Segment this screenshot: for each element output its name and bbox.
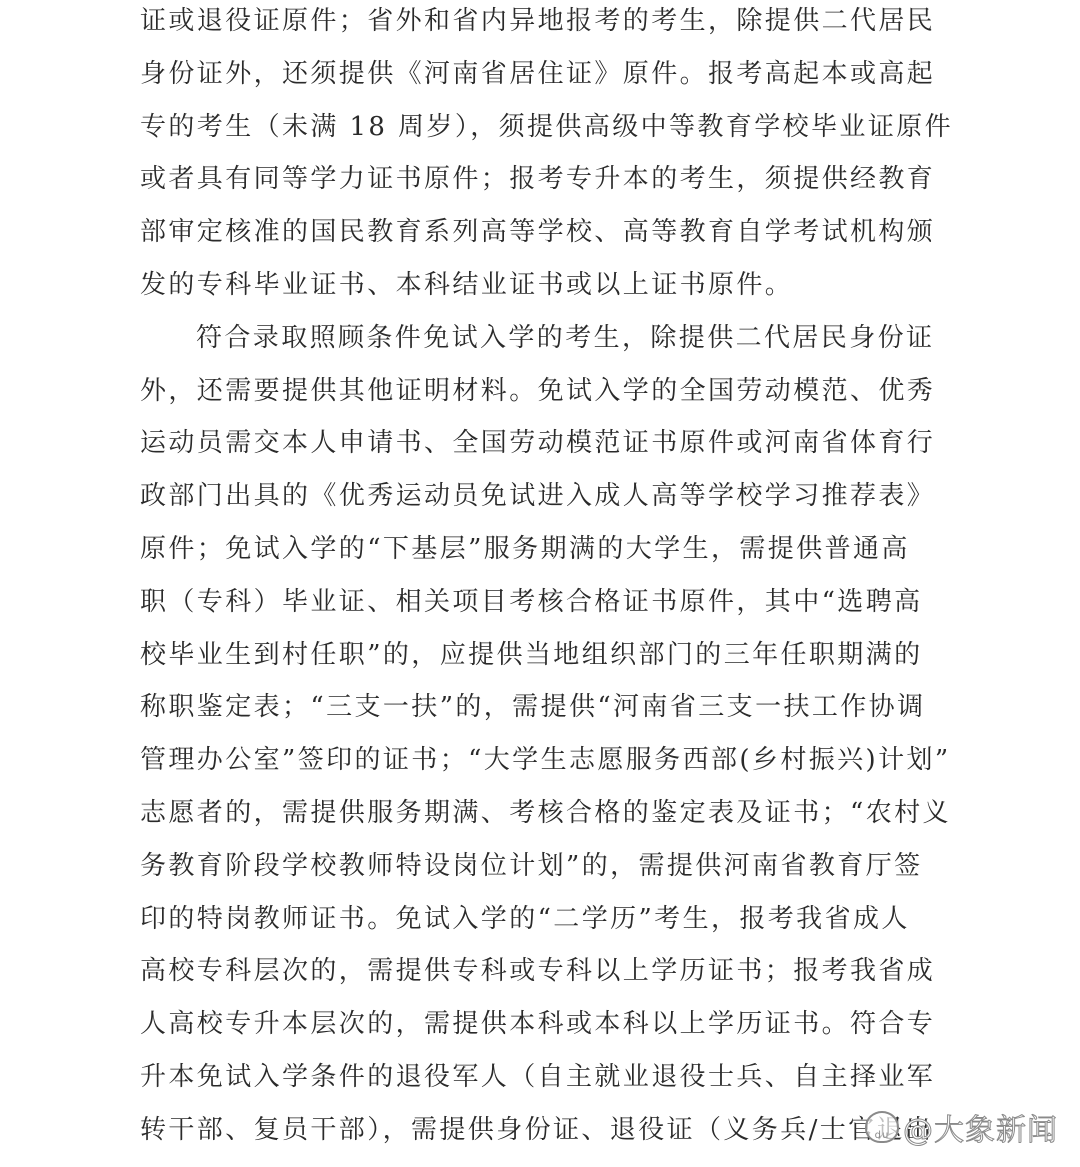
text-line: 原件；免试入学的“下基层”服务期满的大学生，需提供普通高	[140, 523, 955, 576]
text-line: 印的特岗教师证书。免试入学的“二学历”考生，报考我省成人	[140, 893, 955, 946]
text-line: 专的考生（未满 18 周岁），须提供高级中等教育学校毕业证原件	[140, 101, 955, 154]
text-line: 转干部、复员干部），需提供身份证、退役证（义务兵/士官退出	[140, 1104, 955, 1157]
text-line: 身份证外，还须提供《河南省居住证》原件。报考高起本或高起	[140, 48, 955, 101]
text-line: 校毕业生到村任职”的，应提供当地组织部门的三年任职期满的	[140, 629, 955, 682]
paragraph-start-line: 符合录取照顾条件免试入学的考生，除提供二代居民身份证	[140, 312, 955, 365]
document-page: 证或退役证原件；省外和省内异地报考的考生，除提供二代居民 身份证外，还须提供《河…	[140, 0, 955, 1157]
text-line: 运动员需交本人申请书、全国劳动模范证书原件或河南省体育行	[140, 417, 955, 470]
text-line: 务教育阶段学校教师特设岗位计划”的，需提供河南省教育厅签	[140, 840, 955, 893]
text-line: 志愿者的，需提供服务期满、考核合格的鉴定表及证书；“农村义	[140, 787, 955, 840]
text-line: 部审定核准的国民教育系列高等学校、高等教育自学考试机构颁	[140, 206, 955, 259]
text-line: 政部门出具的《优秀运动员免试进入成人高等学校学习推荐表》	[140, 470, 955, 523]
text-line: 人高校专升本层次的，需提供本科或本科以上学历证书。符合专	[140, 998, 955, 1051]
text-line: 证或退役证原件；省外和省内异地报考的考生，除提供二代居民	[140, 0, 955, 48]
text-line: 发的专科毕业证书、本科结业证书或以上证书原件。	[140, 259, 955, 312]
watermark-text: @大象新闻	[903, 1105, 1058, 1149]
text-line: 高校专科层次的，需提供专科或专科以上学历证书；报考我省成	[140, 945, 955, 998]
text-line: 外，还需要提供其他证明材料。免试入学的全国劳动模范、优秀	[140, 365, 955, 418]
text-line: 或者具有同等学力证书原件；报考专升本的考生，须提供经教育	[140, 153, 955, 206]
text-line: 管理办公室”签印的证书；“大学生志愿服务西部(乡村振兴)计划”	[140, 734, 955, 787]
baidu-paw-icon: du	[865, 1111, 899, 1143]
watermark: du @大象新闻	[865, 1105, 1058, 1149]
text-line: 升本免试入学条件的退役军人（自主就业退役士兵、自主择业军	[140, 1051, 955, 1104]
text-line: 称职鉴定表；“三支一扶”的，需提供“河南省三支一扶工作协调	[140, 681, 955, 734]
text-line: 职（专科）毕业证、相关项目考核合格证书原件，其中“选聘高	[140, 576, 955, 629]
